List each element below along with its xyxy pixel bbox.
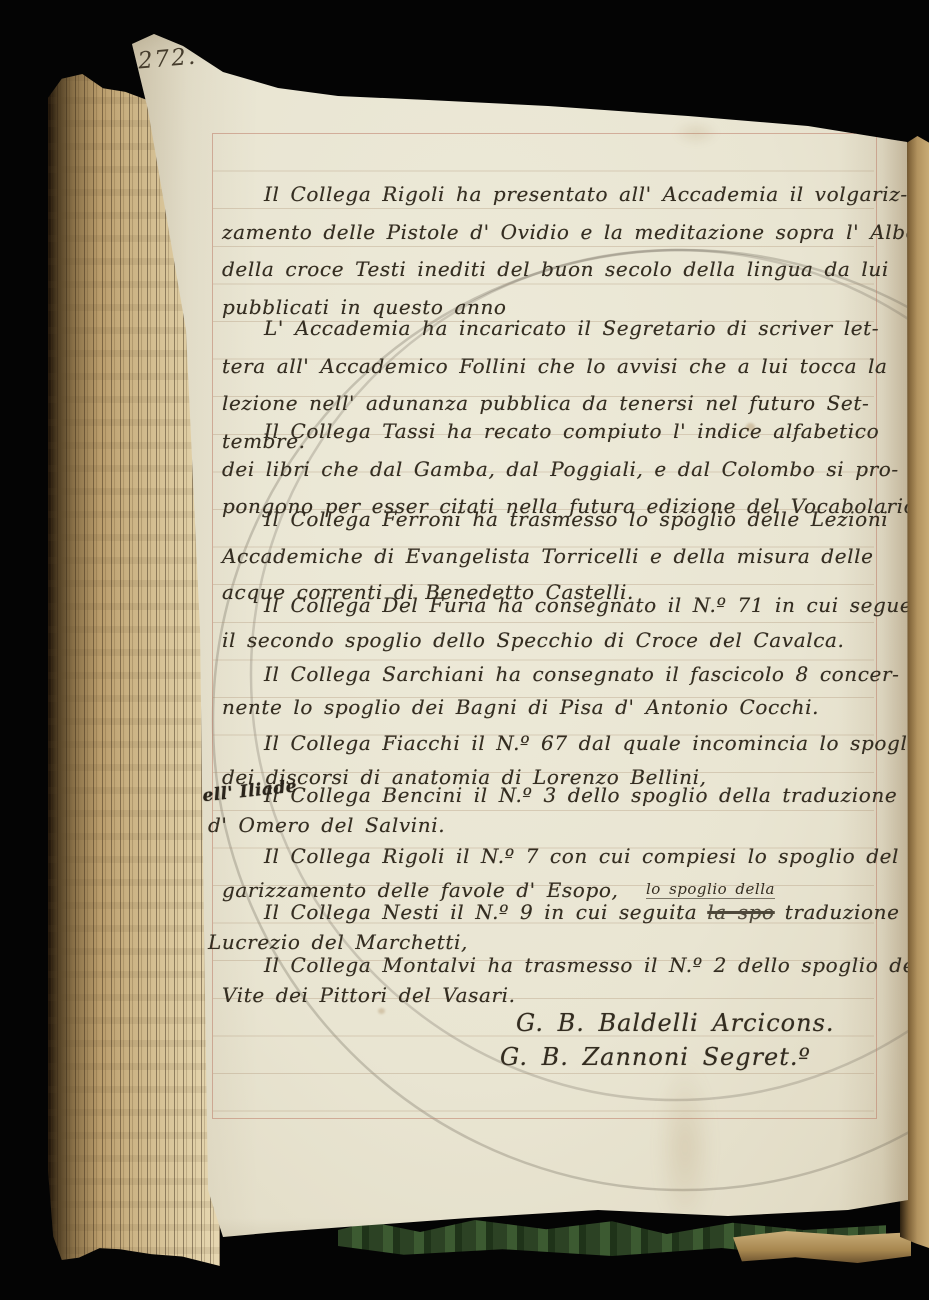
- paragraph: Il Collega Rigoli ha presentato all' Acc…: [222, 176, 884, 326]
- paragraph: Il Collega Del Furia ha consegnato il N.…: [222, 588, 884, 658]
- manuscript-line: L' Accademia ha incaricato il Segretario…: [222, 310, 884, 348]
- manuscript-line: Accademiche di Evangelista Torricelli e …: [222, 538, 884, 575]
- manuscript-line: nente lo spoglio dei Bagni di Pisa d' An…: [222, 691, 884, 724]
- paper-stain: [726, 86, 822, 116]
- manuscript-line: Il Collega Nesti il N.º 9 in cui seguita…: [222, 897, 884, 927]
- signature-arciconsolo: G. B. Baldelli Arcicons.: [516, 1006, 835, 1040]
- signature-block: G. B. Baldelli Arcicons. G. B. Zannoni S…: [516, 1006, 835, 1074]
- manuscript-line: della croce Testi inediti del buon secol…: [222, 251, 884, 289]
- manuscript-line: d' Omero del Salvini.: [208, 810, 884, 840]
- manuscript-line: il secondo spoglio dello Specchio di Cro…: [222, 623, 884, 658]
- bottom-page-edges: [733, 1231, 911, 1263]
- manuscript-line: tera all' Accademico Follini che lo avvi…: [222, 348, 884, 386]
- manuscript-page: 272. Il Collega Rigoli ha presentato all…: [128, 30, 908, 1258]
- signature-segretario: G. B. Zannoni Segret.º: [500, 1040, 835, 1074]
- interlinear-insertion-note: lo spoglio della: [646, 880, 775, 899]
- manuscript-line: Il Collega Del Furia ha consegnato il N.…: [222, 588, 884, 623]
- struck-out-word: la spo: [707, 900, 774, 924]
- manuscript-line: Il Collega Ferroni ha trasmesso lo spogl…: [222, 501, 884, 538]
- paragraph: Il Collega Nesti il N.º 9 in cui seguita…: [222, 897, 884, 957]
- manuscript-line: Il Collega Montalvi ha trasmesso il N.º …: [222, 950, 884, 980]
- paragraph: Il Collega Montalvi ha trasmesso il N.º …: [222, 950, 884, 1010]
- manuscript-line: Il Collega Rigoli ha presentato all' Acc…: [222, 176, 884, 214]
- manuscript-line: Il Collega Fiacchi il N.º 67 dal quale i…: [222, 726, 884, 760]
- scanned-book-photo: 272. Il Collega Rigoli ha presentato all…: [0, 0, 929, 1300]
- line-text: traduzione di: [785, 900, 929, 924]
- manuscript-line: Il Collega Sarchiani ha consegnato il fa…: [222, 658, 884, 691]
- manuscript-line: Il Collega Rigoli il N.º 7 con cui compi…: [222, 839, 884, 873]
- manuscript-line: dei libri che dal Gamba, dal Poggiali, e…: [222, 451, 884, 489]
- manuscript-line: Il Collega Bencini il N.º 3 dello spogli…: [222, 780, 884, 810]
- folio-number: 272.: [137, 43, 198, 74]
- manuscript-line: Il Collega Tassi ha recato compiuto l' i…: [222, 413, 884, 451]
- paragraph: Il Collega Sarchiani ha consegnato il fa…: [222, 658, 884, 724]
- paragraph: Il Collega Bencini il N.º 3 dello spogli…: [222, 780, 884, 840]
- line-text: Il Collega Nesti il N.º 9 in cui seguita: [264, 900, 697, 924]
- manuscript-line: zamento delle Pistole d' Ovidio e la med…: [222, 214, 884, 252]
